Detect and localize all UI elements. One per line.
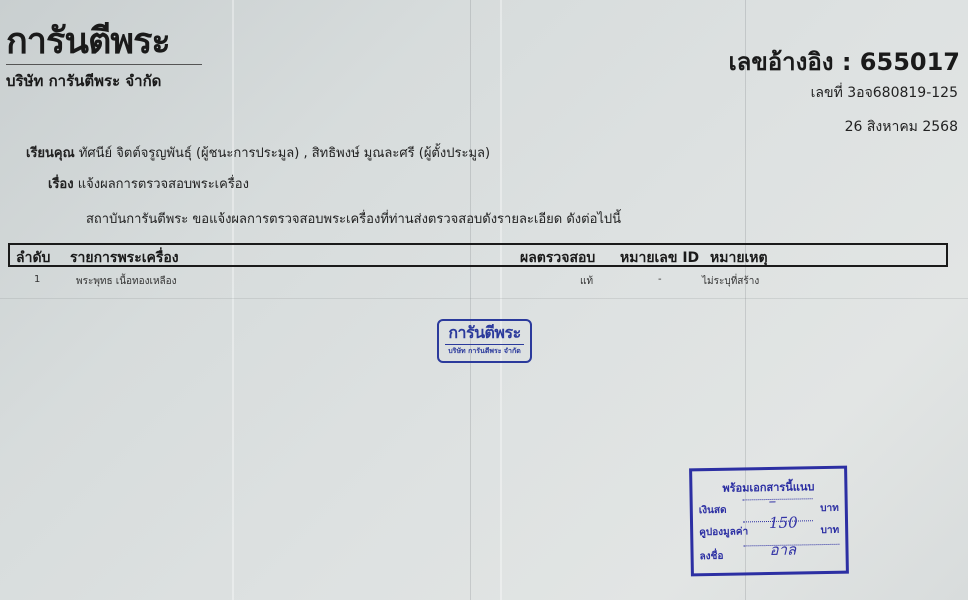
- subject-label: เรื่อง: [48, 177, 74, 192]
- header-order: ลำดับ: [16, 247, 50, 269]
- signature-label: ลงชื่อ: [699, 549, 723, 564]
- signature-value: อาล: [769, 538, 796, 562]
- paper-crease: [232, 0, 234, 600]
- company-logo-title: การันตีพระ: [6, 22, 202, 62]
- cell-item: พระพุทธ เนื้อทองเหลือง: [76, 274, 177, 289]
- coupon-unit: บาท: [820, 523, 839, 538]
- cash-unit: บาท: [820, 501, 839, 516]
- paper-crease: [470, 0, 471, 600]
- payment-stamp: พร้อมเอกสารนี้แนบ เงินสด – บาท คูปองมูลค…: [689, 466, 849, 577]
- logo-divider: [6, 64, 202, 65]
- table-row: 1 พระพุทธ เนื้อทองเหลือง แท้ - ไม่ระบุที…: [8, 274, 948, 290]
- payment-line-coupon: คูปองมูลค่า 150 บาท: [699, 523, 839, 525]
- paper-crease: [500, 0, 502, 600]
- company-letterhead: การันตีพระ บริษัท การันตีพระ จำกัด: [6, 22, 202, 93]
- intro-paragraph: สถาบันการันตีพระ ขอแจ้งผลการตรวจสอบพระเค…: [86, 208, 621, 229]
- header-remark: หมายเหตุ: [710, 247, 768, 269]
- payment-line-cash: เงินสด – บาท: [699, 501, 839, 503]
- stamp-subtitle: บริษัท การันตีพระ จำกัด: [439, 346, 530, 357]
- header-result: ผลตรวจสอบ: [520, 247, 595, 269]
- cell-id: -: [658, 274, 662, 285]
- payment-line-signature: ลงชื่อ อาล: [699, 547, 839, 549]
- cell-result: แท้: [580, 274, 593, 289]
- reference-number: เลขอ้างอิง : 655017: [728, 42, 960, 81]
- cell-remark: ไม่ระบุที่สร้าง: [702, 274, 759, 289]
- subject-text: แจ้งผลการตรวจสอบพระเครื่อง: [78, 177, 249, 192]
- company-name: บริษัท การันตีพระ จำกัด: [6, 69, 202, 93]
- header-id: หมายเลข ID: [620, 247, 699, 269]
- recipient-label: เรียนคุณ: [26, 146, 75, 161]
- recipient-names: ทัศนีย์ จิตต์จรูญพันธุ์ (ผู้ชนะการประมูล…: [79, 146, 490, 161]
- recipient-line: เรียนคุณ ทัศนีย์ จิตต์จรูญพันธุ์ (ผู้ชนะ…: [26, 142, 490, 163]
- document-number: เลขที่ 3อจ680819-125: [811, 82, 958, 104]
- coupon-label: คูปองมูลค่า: [699, 524, 748, 540]
- subject-line: เรื่อง แจ้งผลการตรวจสอบพระเครื่อง: [48, 173, 249, 194]
- cash-label: เงินสด: [699, 503, 727, 518]
- company-stamp: การันตีพระ บริษัท การันตีพระ จำกัด: [437, 319, 532, 363]
- header-item: รายการพระเครื่อง: [70, 247, 179, 269]
- stamp-divider: [445, 344, 524, 345]
- coupon-value: 150: [769, 514, 798, 532]
- stamp-title: การันตีพระ: [439, 323, 530, 343]
- paper-crease: [0, 298, 968, 299]
- document-date: 26 สิงหาคม 2568: [845, 116, 958, 138]
- table-header: ลำดับ รายการพระเครื่อง ผลตรวจสอบ หมายเลข…: [8, 243, 948, 267]
- cell-order: 1: [34, 274, 40, 285]
- dotted-line: [743, 498, 813, 500]
- cash-value: –: [768, 492, 776, 510]
